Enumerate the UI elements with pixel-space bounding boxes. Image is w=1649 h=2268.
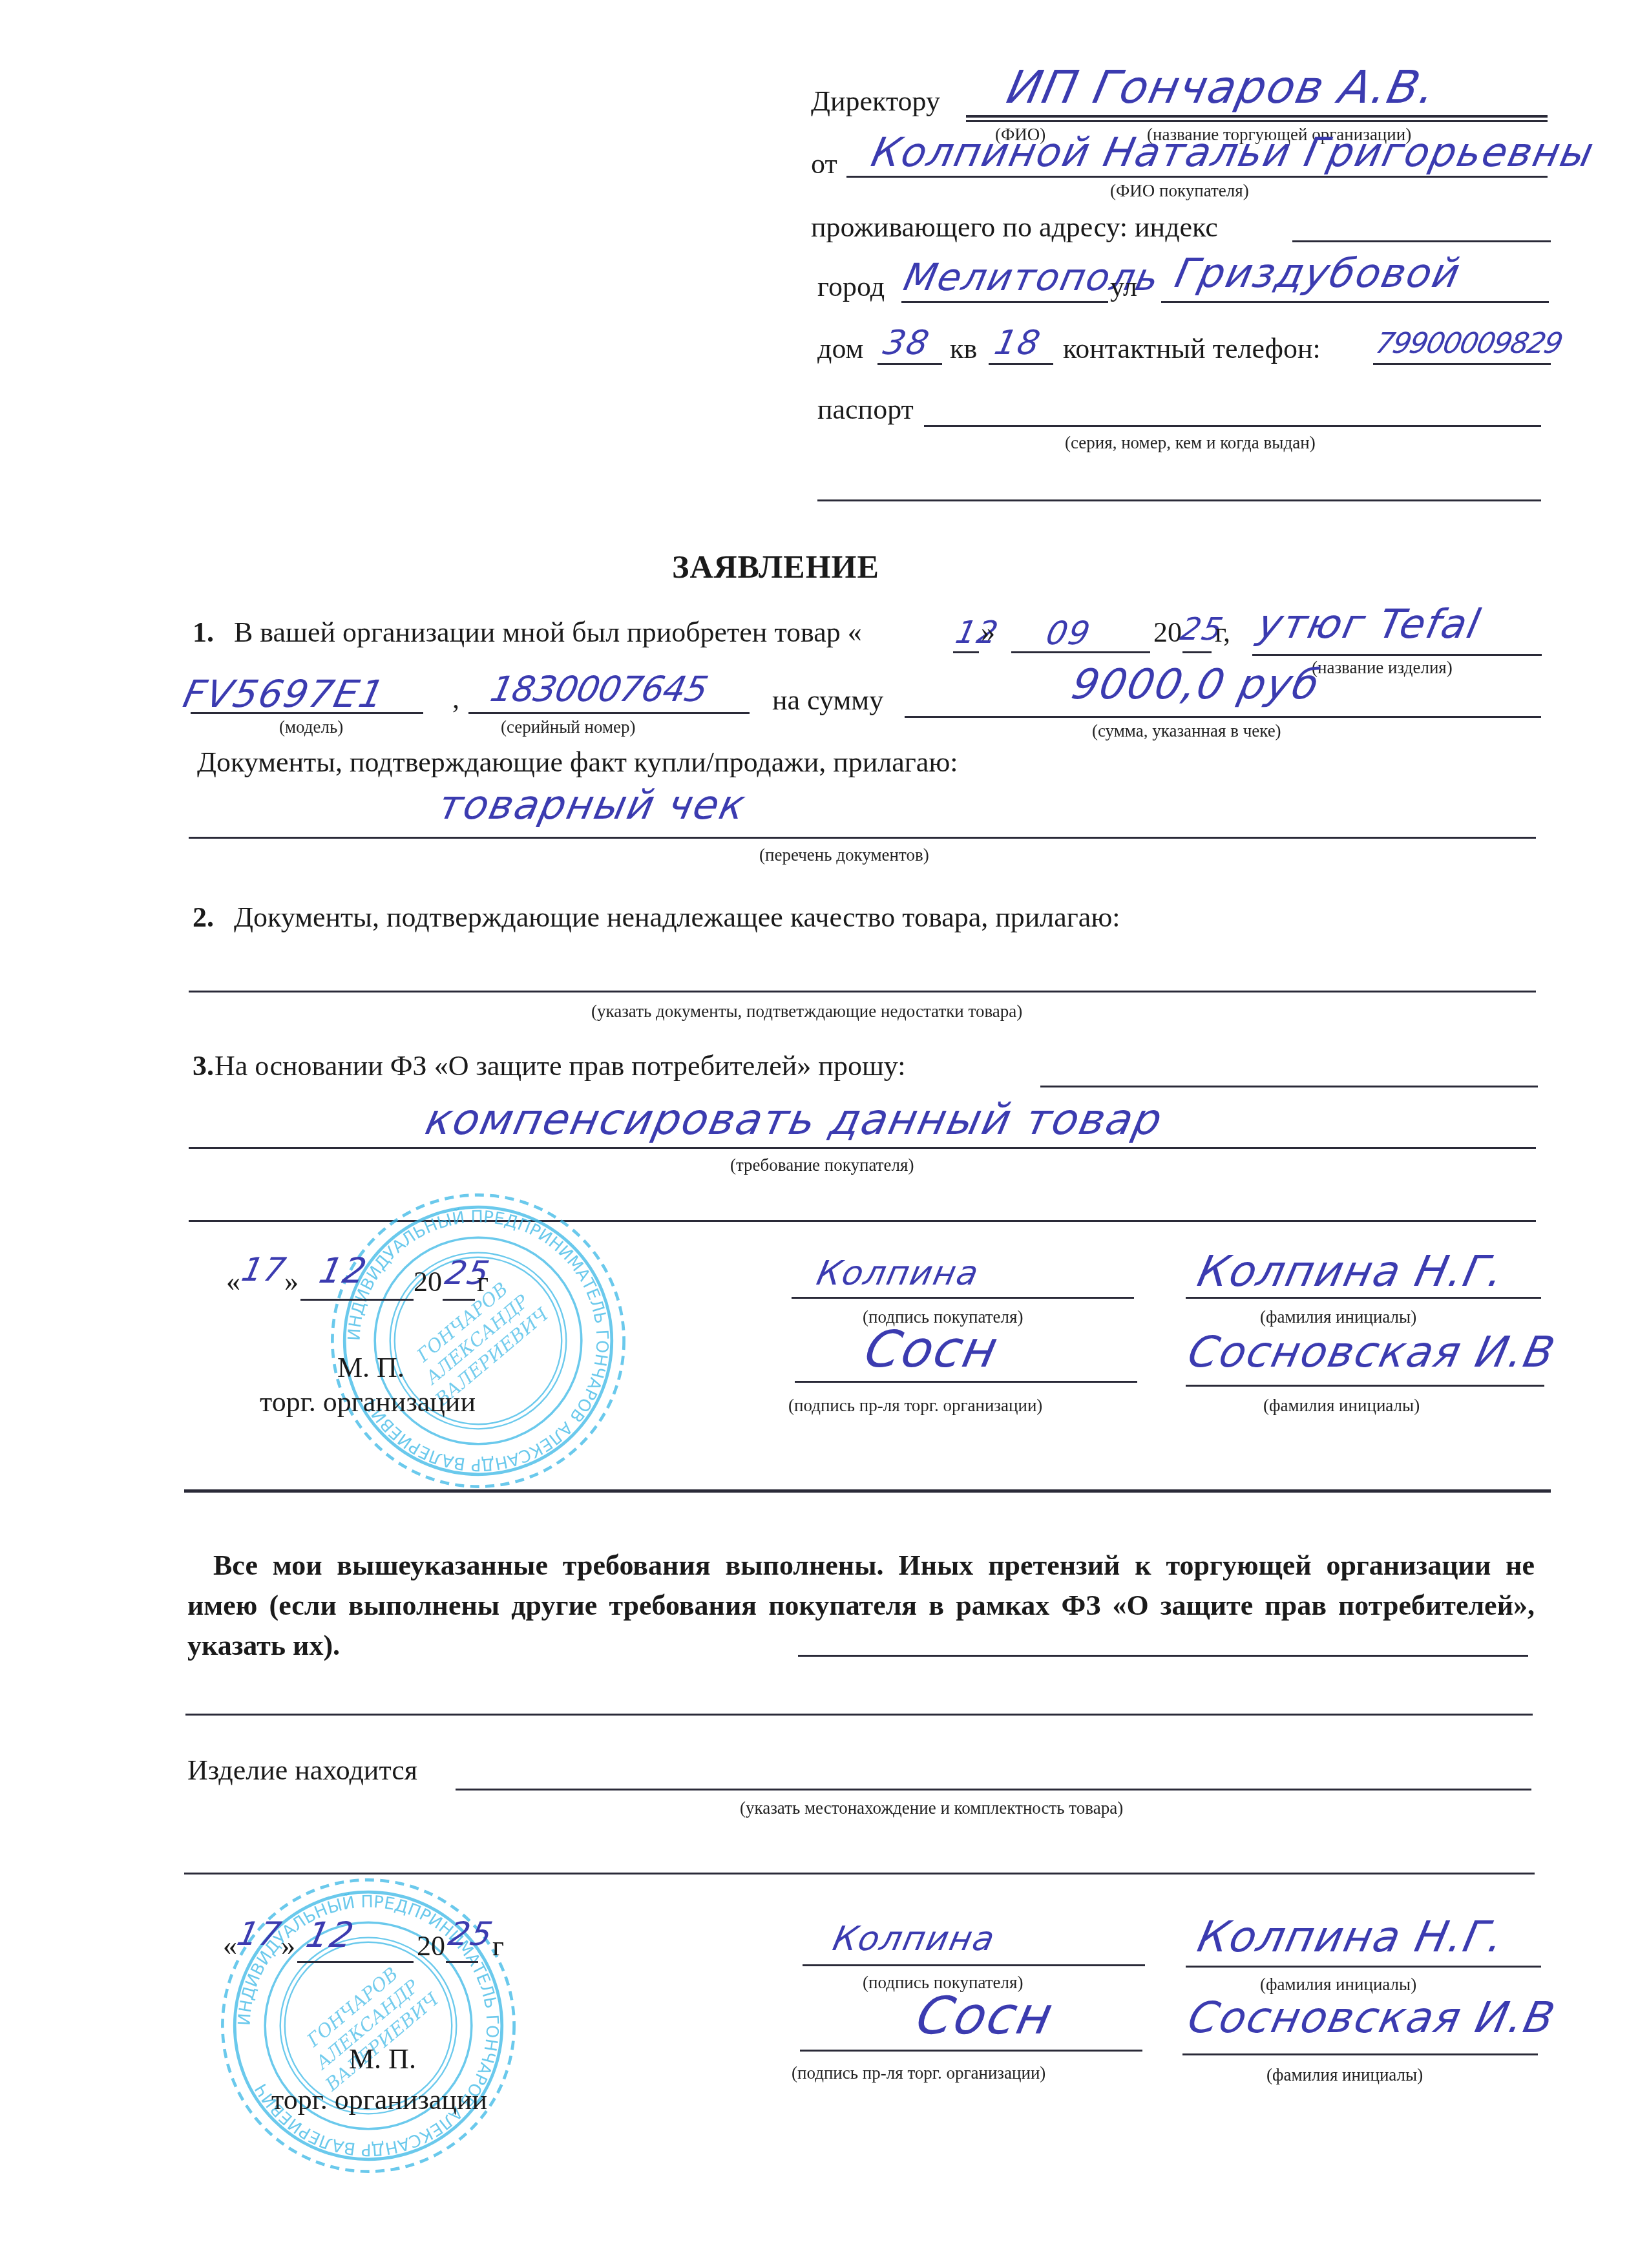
seller-signature-2[interactable]: Сосн — [912, 1990, 1058, 2042]
purchase-docs-label: Документы, подтверждающие факт купли/про… — [197, 748, 958, 777]
passport-label: паспорт — [817, 395, 914, 424]
mp-label-2: М. П. — [349, 2045, 416, 2074]
index-field[interactable] — [1292, 240, 1551, 242]
phone-label: контактный телефон: — [1063, 335, 1321, 363]
sign-year-prefix: 20 — [414, 1268, 442, 1296]
sum-label: на сумму — [772, 686, 883, 715]
phone-field-line — [1373, 363, 1551, 365]
location-field-2[interactable] — [184, 1873, 1535, 1874]
section-1-text: В вашей организации мной был приобретен … — [234, 618, 862, 647]
seller-name-line-2 — [1182, 2053, 1538, 2055]
purchase-docs-field-line — [189, 837, 1536, 839]
street-field-line — [1161, 301, 1549, 303]
sum-field-line — [905, 716, 1541, 718]
from-caption: (ФИО покупателя) — [1110, 182, 1249, 200]
date-open: « — [226, 1268, 240, 1296]
request-field-line-3[interactable] — [189, 1220, 1536, 1222]
svg-text:ГОНЧАРОВ: ГОНЧАРОВ — [302, 1963, 402, 2052]
buyer-name-caption-2: (фамилия инициалы) — [1260, 1976, 1416, 1993]
year-field-line — [1182, 651, 1212, 653]
director-field-line-2 — [966, 120, 1548, 122]
sign-year-suffix: г — [477, 1268, 488, 1296]
section-3-number: 3. — [193, 1052, 214, 1080]
buyer-name-caption: (фамилия инициалы) — [1260, 1308, 1416, 1326]
sign-day-field[interactable]: 17 — [239, 1254, 289, 1286]
defect-docs-field[interactable] — [189, 991, 1536, 992]
product-name-field[interactable]: утюг Tefal — [1254, 604, 1484, 644]
address-label: проживающего по адресу: индекс — [811, 213, 1218, 242]
director-field[interactable]: ИП Гончаров А.В. — [1003, 65, 1441, 110]
sign-month-line — [300, 1299, 414, 1301]
sign-year-prefix-2: 20 — [417, 1932, 445, 1960]
phone-field[interactable]: 79900009829 — [1373, 330, 1564, 358]
house-field-line — [877, 363, 942, 365]
seller-name-caption-2: (фамилия инициалы) — [1266, 2066, 1423, 2084]
section-3-text: На основании ФЗ «О защите прав потребите… — [215, 1052, 905, 1080]
sign-day-field-2[interactable]: 17 — [235, 1918, 285, 1950]
buyer-name-field[interactable]: Колпиной Натальи Григорьевны — [868, 132, 1598, 173]
closing-statement-field-2[interactable] — [185, 1714, 1533, 1716]
from-field-line — [846, 176, 1548, 178]
from-label: от — [811, 150, 837, 178]
sign-year-line-2 — [446, 1961, 478, 1963]
seller-signature[interactable]: Сосн — [861, 1325, 1003, 1375]
sign-year-line — [443, 1299, 475, 1301]
section-1-number: 1. — [193, 618, 214, 647]
sum-field[interactable]: 9000,0 руб — [1068, 664, 1324, 706]
city-field-line — [901, 301, 1108, 303]
serial-field-line — [468, 712, 750, 714]
apt-label: кв — [950, 335, 977, 363]
day-field-line — [953, 651, 979, 653]
sign-month-line-2 — [297, 1961, 414, 1963]
year-prefix: 20 — [1153, 618, 1182, 647]
year-suffix: г, — [1215, 618, 1230, 647]
sign-month-field-2[interactable]: 12 — [303, 1918, 357, 1953]
seller-signature-caption: (подпись пр-ля торг. организации) — [788, 1397, 1042, 1414]
section-2-number: 2. — [193, 903, 214, 932]
company-seal-1: ИНДИВИДУАЛЬНЫЙ ПРЕДПРИНИМАТЕЛЬ ГОНЧАРОВ … — [326, 1189, 630, 1493]
purchase-docs-field[interactable]: товарный чек — [435, 785, 750, 825]
sign-year-suffix-2: г — [492, 1932, 504, 1960]
purchase-month-field[interactable]: 09 — [1044, 617, 1094, 649]
svg-text:ВАЛЕРИЕВИЧ: ВАЛЕРИЕВИЧ — [320, 1988, 443, 2095]
director-field-line — [966, 115, 1548, 118]
director-label: Директору — [811, 87, 940, 116]
document-title: ЗАЯВЛЕНИЕ — [672, 548, 879, 585]
seller-signature-caption-2: (подпись пр-ля торг. организации) — [792, 2064, 1045, 2082]
street-label: ул — [1110, 273, 1137, 301]
sign-year-field-2[interactable]: 25 — [446, 1918, 496, 1950]
location-caption: (указать местонахождение и комплектность… — [740, 1800, 1123, 1817]
passport-field-line-2[interactable] — [817, 499, 1541, 501]
buyer-signature[interactable]: Колпина — [814, 1257, 982, 1290]
apt-field-line — [989, 363, 1053, 365]
buyer-signature-line-2 — [803, 1964, 1145, 1966]
org-label: торг. организации — [260, 1388, 476, 1416]
house-label: дом — [817, 335, 863, 363]
street-field[interactable]: Гриздубовой — [1171, 253, 1464, 293]
defect-docs-caption: (указать документы, подтветждающие недос… — [591, 1003, 1022, 1020]
date-close: » — [284, 1268, 299, 1296]
sum-caption: (сумма, указанная в чеке) — [1092, 722, 1281, 740]
product-caption: (название изделия) — [1312, 659, 1453, 677]
comma: , — [452, 685, 459, 713]
buyer-name-field[interactable]: Колпина Н.Г. — [1194, 1250, 1508, 1293]
model-field[interactable]: FV5697E1 — [180, 675, 389, 713]
buyer-name-line — [1186, 1297, 1541, 1299]
city-label: город — [817, 273, 885, 301]
org-label-2: торг. организации — [271, 2086, 487, 2114]
location-field[interactable] — [456, 1789, 1531, 1790]
date-close-2: » — [281, 1932, 295, 1960]
seller-signature-line-2 — [800, 2050, 1142, 2052]
serial-caption: (серийный номер) — [501, 719, 635, 736]
buyer-signature-line — [792, 1297, 1134, 1299]
location-label: Изделие находится — [187, 1756, 417, 1785]
house-field[interactable]: 38 — [880, 326, 932, 360]
buyer-name-line-2 — [1186, 1966, 1541, 1968]
buyer-name-field-2[interactable]: Колпина Н.Г. — [1194, 1916, 1508, 1958]
mp-label: М. П. — [337, 1354, 404, 1382]
section-2-text: Документы, подтверждающие ненадлежащее к… — [234, 903, 1120, 932]
serial-number-field[interactable]: 1830007645 — [487, 672, 710, 707]
svg-text:АЛЕКСАНДР: АЛЕКСАНДР — [421, 1290, 533, 1390]
seller-name-caption: (фамилия инициалы) — [1263, 1397, 1420, 1414]
request-field[interactable]: компенсировать данный товар — [422, 1098, 1167, 1141]
passport-field[interactable] — [924, 425, 1541, 427]
closing-statement: Все мои вышеуказанные требования выполне… — [187, 1546, 1535, 1666]
closing-statement-field[interactable] — [798, 1655, 1528, 1657]
request-caption: (требование покупателя) — [730, 1157, 914, 1174]
request-field-line-2 — [189, 1147, 1536, 1149]
seller-name-field[interactable]: Сосновская И.В — [1184, 1331, 1559, 1374]
model-caption: (модель) — [279, 719, 343, 736]
purchase-docs-caption: (перечень документов) — [759, 846, 929, 864]
seal-icon: ИНДИВИДУАЛЬНЫЙ ПРЕДПРИНИМАТЕЛЬ ГОНЧАРОВ … — [326, 1189, 630, 1493]
apt-field[interactable]: 18 — [991, 326, 1044, 360]
seller-name-field-2[interactable]: Сосновская И.В — [1184, 1997, 1559, 2039]
buyer-signature-2[interactable]: Колпина — [830, 1922, 998, 1956]
svg-text:ИНДИВИДУАЛЬНЫЙ ПРЕДПРИНИМАТЕЛЬ: ИНДИВИДУАЛЬНЫЙ ПРЕДПРИНИМАТЕЛЬ ГОНЧАРОВ … — [344, 1207, 611, 1475]
seller-name-line — [1186, 1385, 1544, 1387]
quote-close: » — [981, 618, 995, 647]
request-field-line-1[interactable] — [1040, 1086, 1538, 1087]
seller-signature-line — [795, 1381, 1137, 1383]
section-divider — [184, 1489, 1551, 1493]
sign-month-field[interactable]: 12 — [316, 1254, 370, 1288]
product-field-line — [1252, 654, 1542, 656]
passport-caption: (серия, номер, кем и когда выдан) — [1065, 434, 1316, 452]
